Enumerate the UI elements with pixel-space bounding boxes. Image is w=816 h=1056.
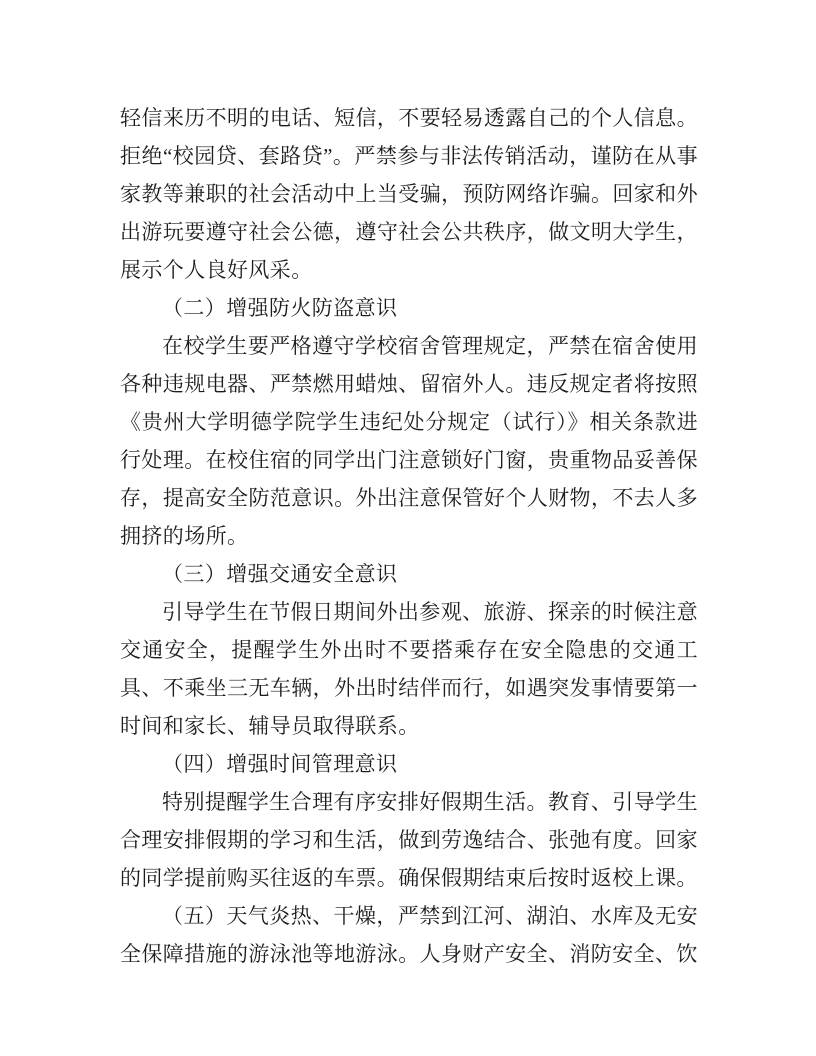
document-page: 轻信来历不明的电话、短信，不要轻易透露自己的个人信息。拒绝“校园贷、套路贷”。严…: [0, 0, 816, 1056]
para-section-3: 引导学生在节假日期间外出参观、旅游、探亲的时候注意交通安全，提醒学生外出时不要搭…: [120, 593, 698, 745]
para-section-2: 在校学生要严格遵守学校宿舍管理规定，严禁在宿舍使用各种违规电器、严禁燃用蜡烛、留…: [120, 327, 698, 555]
para-section-4: 特别提醒学生合理有序安排好假期生活。教育、引导学生合理安排假期的学习和生活，做到…: [120, 783, 698, 897]
heading-section-4: （四）增强时间管理意识: [120, 745, 698, 783]
para-continuation-from-previous-page: 轻信来历不明的电话、短信，不要轻易透露自己的个人信息。拒绝“校园贷、套路贷”。严…: [120, 99, 698, 289]
document-body: 轻信来历不明的电话、短信，不要轻易透露自己的个人信息。拒绝“校园贷、套路贷”。严…: [120, 99, 698, 973]
para-section-5-truncated: （五）天气炎热、干燥，严禁到江河、湖泊、水库及无安全保障措施的游泳池等地游泳。人…: [120, 897, 698, 973]
heading-section-3: （三）增强交通安全意识: [120, 555, 698, 593]
heading-section-2: （二）增强防火防盗意识: [120, 289, 698, 327]
